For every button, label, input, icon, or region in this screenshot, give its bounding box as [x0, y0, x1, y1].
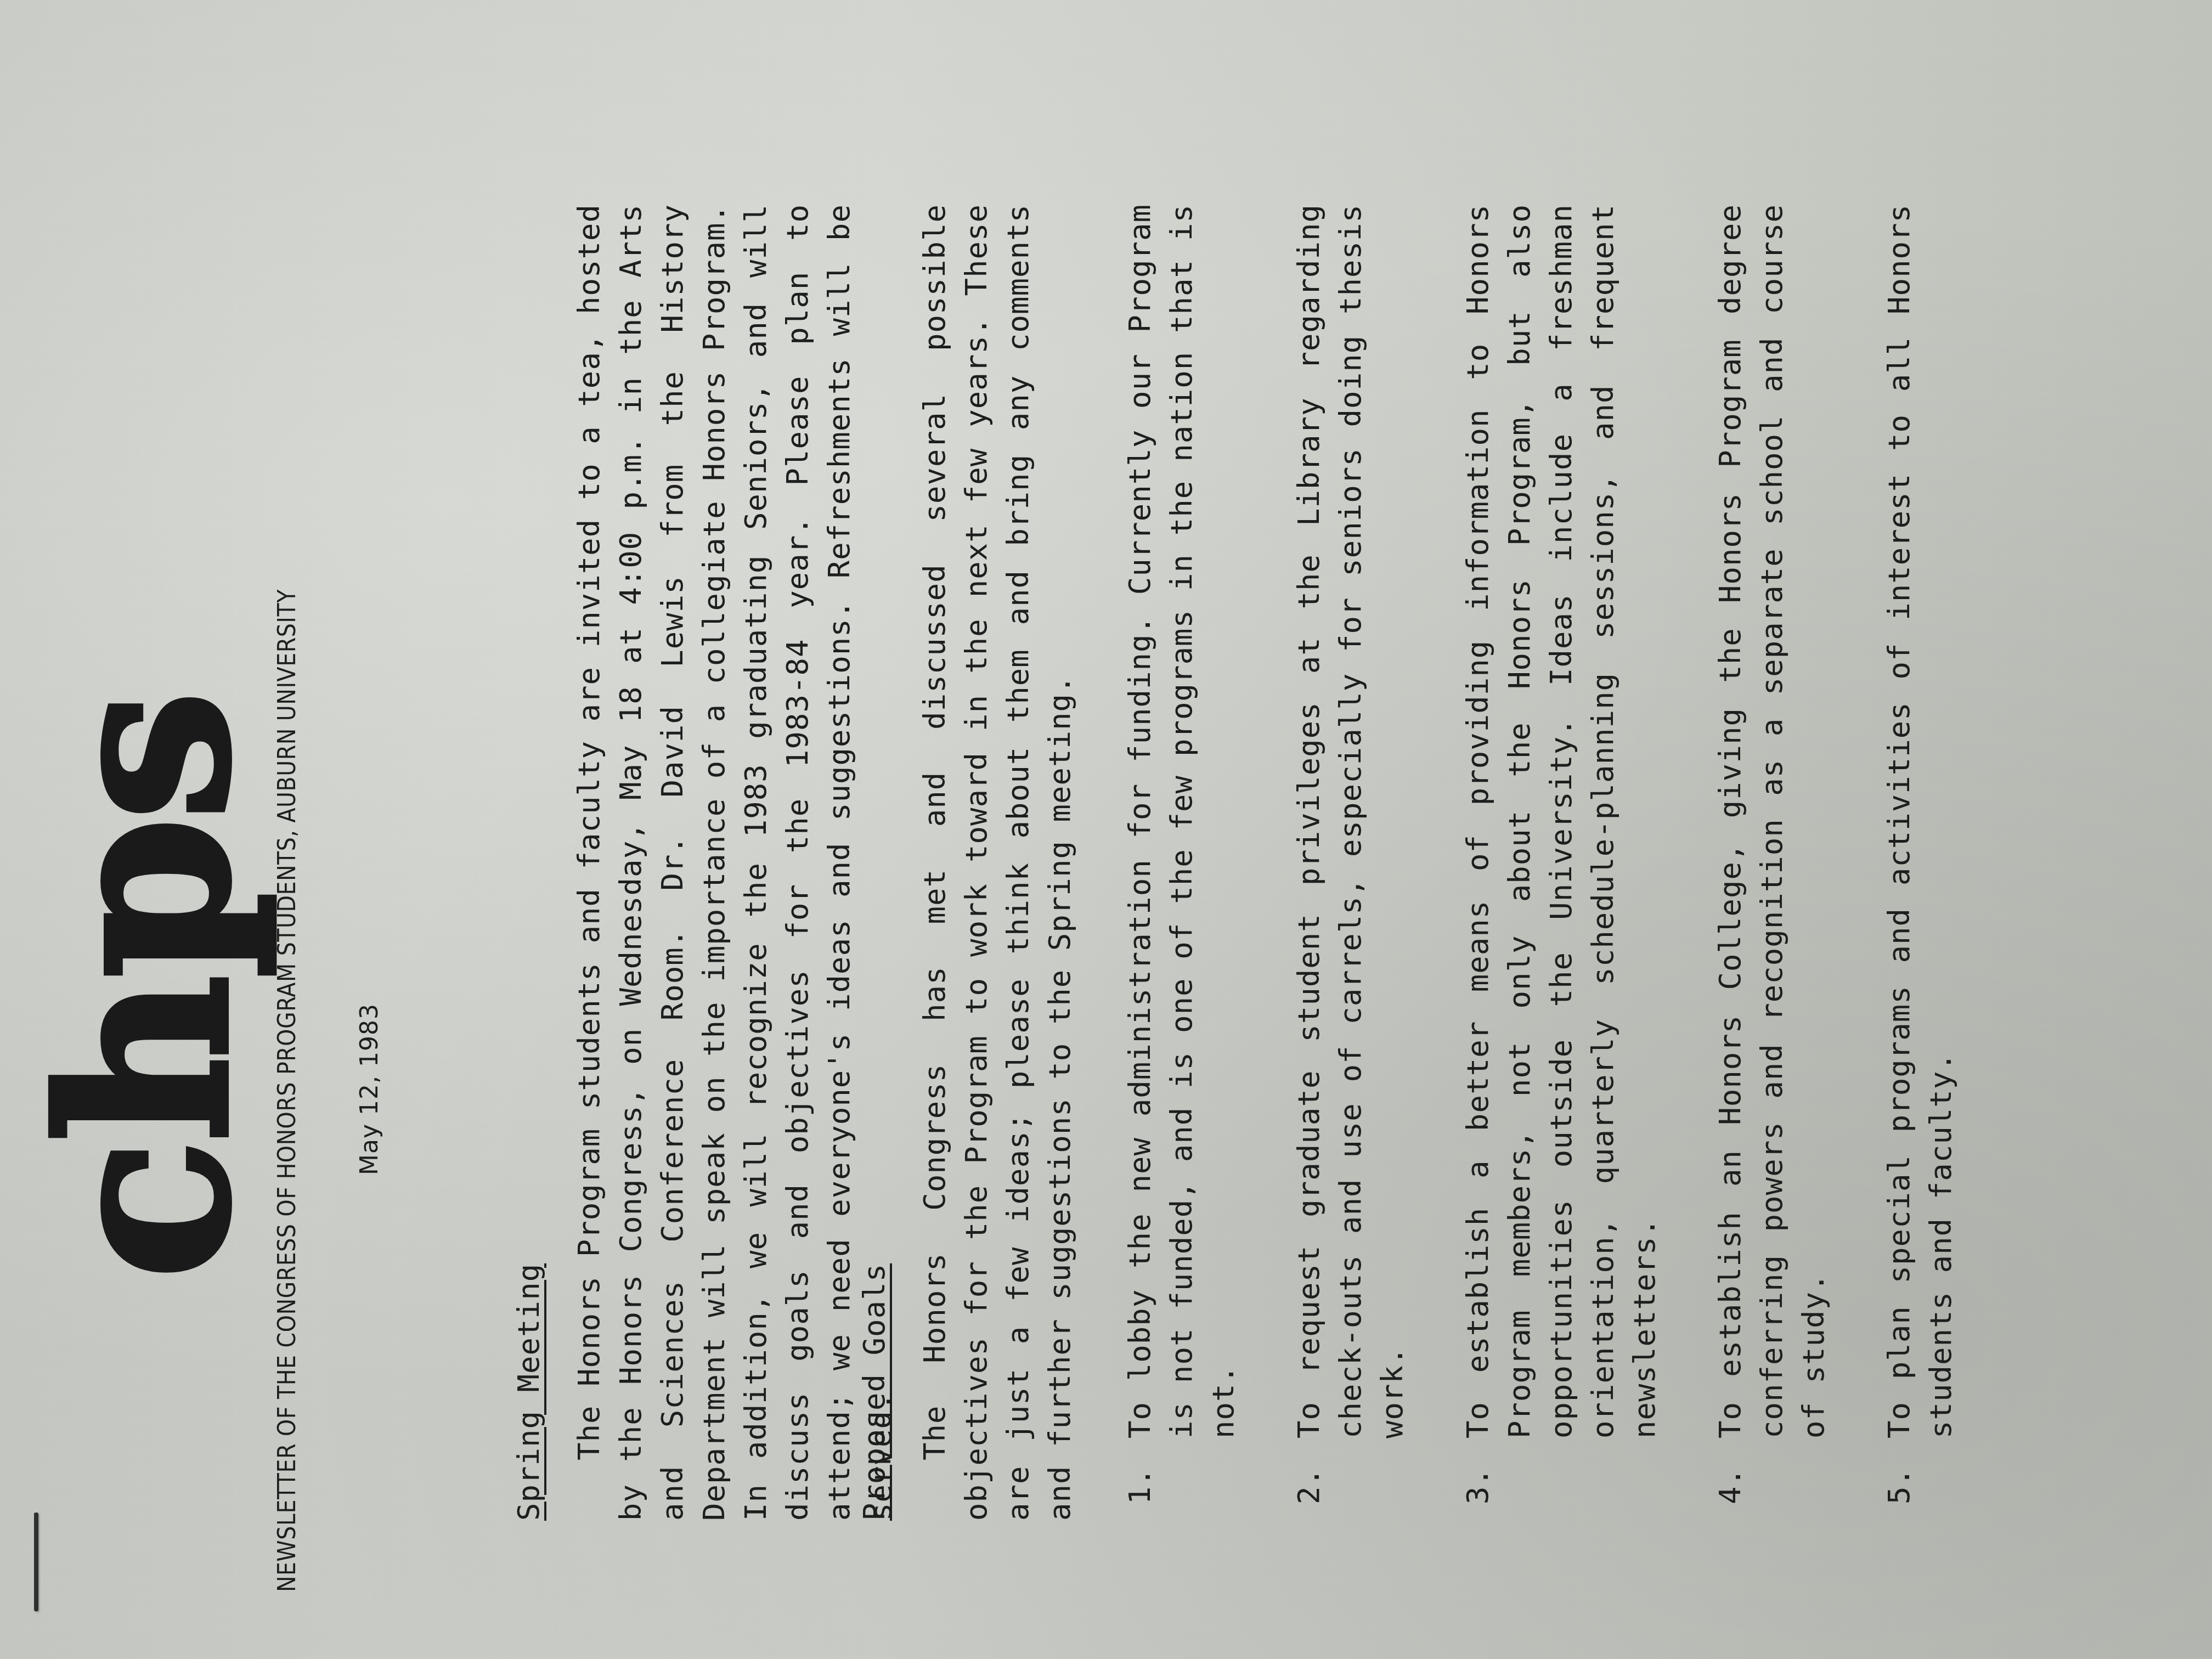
goal-text: To lobby the new administration for fund…: [1122, 204, 1240, 1438]
goal-item: 4. To establish an Honors College, givin…: [1709, 204, 1835, 1521]
photo-background: chps NEWSLETTER OF THE CONGRESS OF HONOR…: [0, 0, 2212, 1659]
goal-number: 2.: [1288, 1468, 1330, 1504]
goal-text: To plan special programs and activities …: [1882, 204, 1958, 1438]
goal-item: 2. To request graduate student privilege…: [1288, 204, 1413, 1521]
issue-date: May 12, 1983: [349, 1003, 391, 1175]
spring-meeting-body: The Honors Program students and faculty …: [568, 204, 902, 1521]
section-heading: Proposed Goals: [854, 1263, 895, 1521]
goal-item: 5. To plan special programs and activiti…: [1878, 204, 1962, 1521]
goal-number: 3.: [1457, 1468, 1499, 1504]
goal-text: To request graduate student privileges a…: [1291, 204, 1409, 1438]
goal-number: 4.: [1709, 1468, 1751, 1504]
goal-text: To establish a better means of providing…: [1460, 204, 1662, 1438]
logo-text: chps: [10, 694, 281, 1279]
chps-logo: chps: [31, 694, 261, 1279]
goal-item: 1. To lobby the new administration for f…: [1119, 204, 1244, 1521]
goals-list: 1. To lobby the new administration for f…: [1119, 204, 1962, 1521]
section-heading: Spring Meeting: [508, 1263, 550, 1521]
proposed-goals-section: Proposed Goals The Honors Congress has m…: [854, 204, 2006, 1521]
goal-text: To establish an Honors College, giving t…: [1713, 204, 1831, 1438]
newsletter-page: chps NEWSLETTER OF THE CONGRESS OF HONOR…: [0, 34, 1819, 1625]
spring-meeting-section: Spring Meeting The Honors Program studen…: [508, 204, 902, 1521]
goal-number: 1.: [1119, 1468, 1161, 1504]
goal-item: 3. To establish a better means of provid…: [1457, 204, 1666, 1521]
goal-number: 5.: [1878, 1468, 1920, 1504]
proposed-goals-intro: The Honors Congress has met and discusse…: [914, 204, 1081, 1521]
masthead-title: NEWSLETTER OF THE CONGRESS OF HONORS PRO…: [267, 589, 308, 1592]
